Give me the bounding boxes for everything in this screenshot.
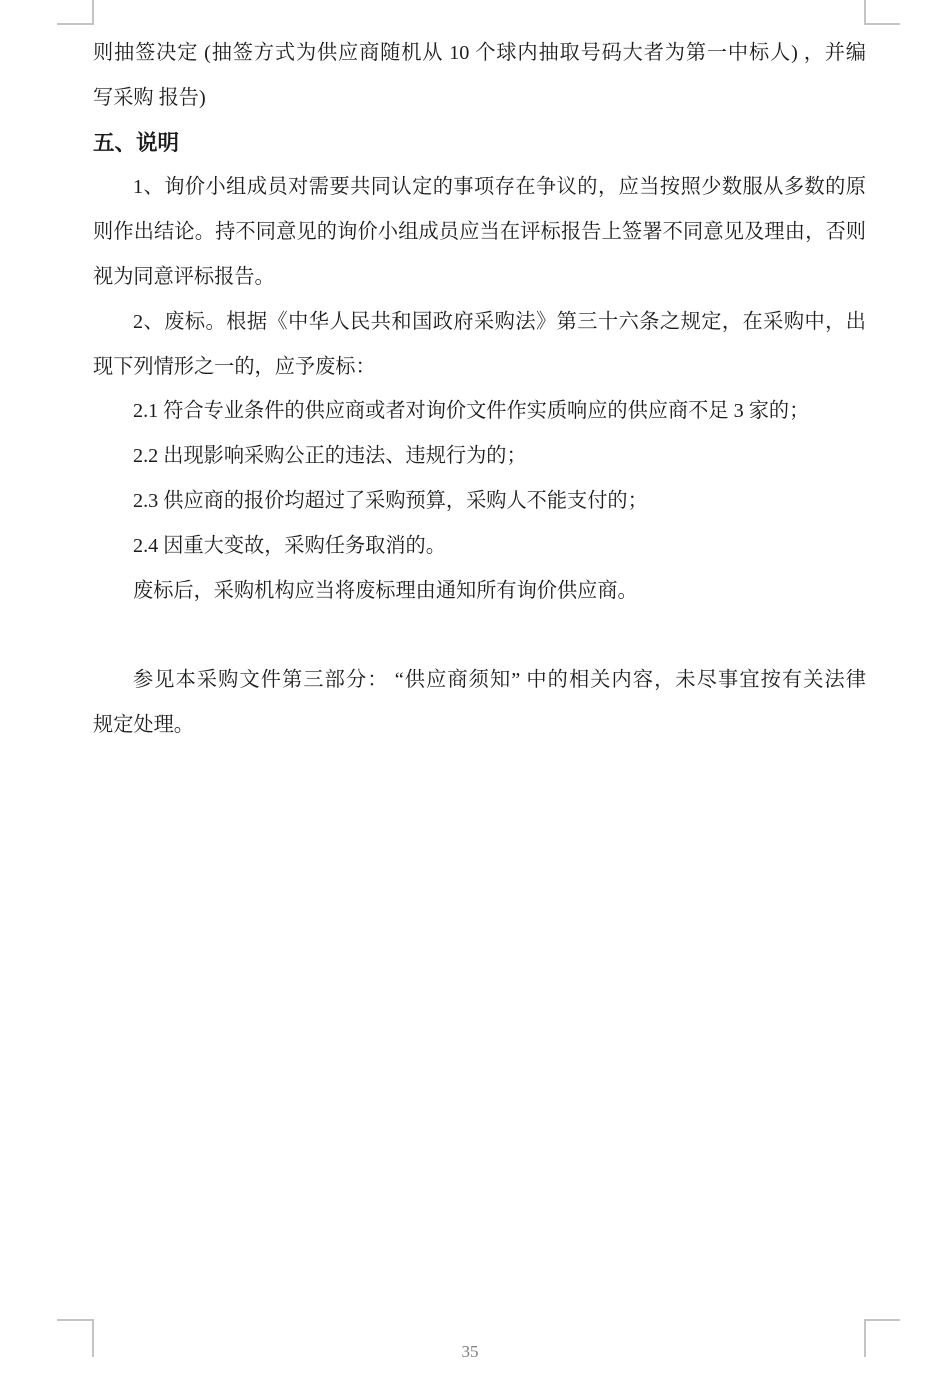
body-line: 1、询价小组成员对需要共同认定的事项存在争议的，应当按照少数服从多数的原 bbox=[93, 165, 866, 210]
body-line: 视为同意评标报告。 bbox=[93, 255, 866, 300]
body-line: 现下列情形之一的，应予废标： bbox=[93, 345, 866, 390]
list-item-line: 2.2 出现影响采购公正的违法、违规行为的； bbox=[93, 434, 866, 479]
list-item-line: 2.3 供应商的报价均超过了采购预算，采购人不能支付的； bbox=[93, 479, 866, 524]
body-line: 写采购 报告) bbox=[93, 76, 866, 121]
body-line: 2、废标。根据《中华人民共和国政府采购法》第三十六条之规定，在采购中，出 bbox=[93, 300, 866, 345]
body-line: 废标后，采购机构应当将废标理由通知所有询价供应商。 bbox=[93, 569, 866, 614]
body-line: 则作出结论。持不同意见的询价小组成员应当在评标报告上签署不同意见及理由，否则 bbox=[93, 210, 866, 255]
document-body: 则抽签决定 (抽签方式为供应商随机从 10 个球内抽取号码大者为第一中标人) ，… bbox=[93, 31, 866, 748]
crop-mark-top-right bbox=[864, 0, 900, 25]
section-heading: 五、说明 bbox=[93, 121, 866, 166]
body-line: 规定处理。 bbox=[93, 703, 866, 748]
document-page: 则抽签决定 (抽签方式为供应商随机从 10 个球内抽取号码大者为第一中标人) ，… bbox=[0, 0, 940, 1388]
crop-mark-top-left bbox=[57, 0, 94, 25]
page-number: 35 bbox=[0, 1342, 940, 1362]
body-line: 参见本采购文件第三部分： “供应商须知” 中的相关内容，未尽事宜按有关法律 bbox=[93, 658, 866, 703]
list-item-line: 2.4 因重大变故，采购任务取消的。 bbox=[93, 524, 866, 569]
body-line: 则抽签决定 (抽签方式为供应商随机从 10 个球内抽取号码大者为第一中标人) ，… bbox=[93, 31, 866, 76]
list-item-line: 2.1 符合专业条件的供应商或者对询价文件作实质响应的供应商不足 3 家的； bbox=[93, 389, 866, 434]
